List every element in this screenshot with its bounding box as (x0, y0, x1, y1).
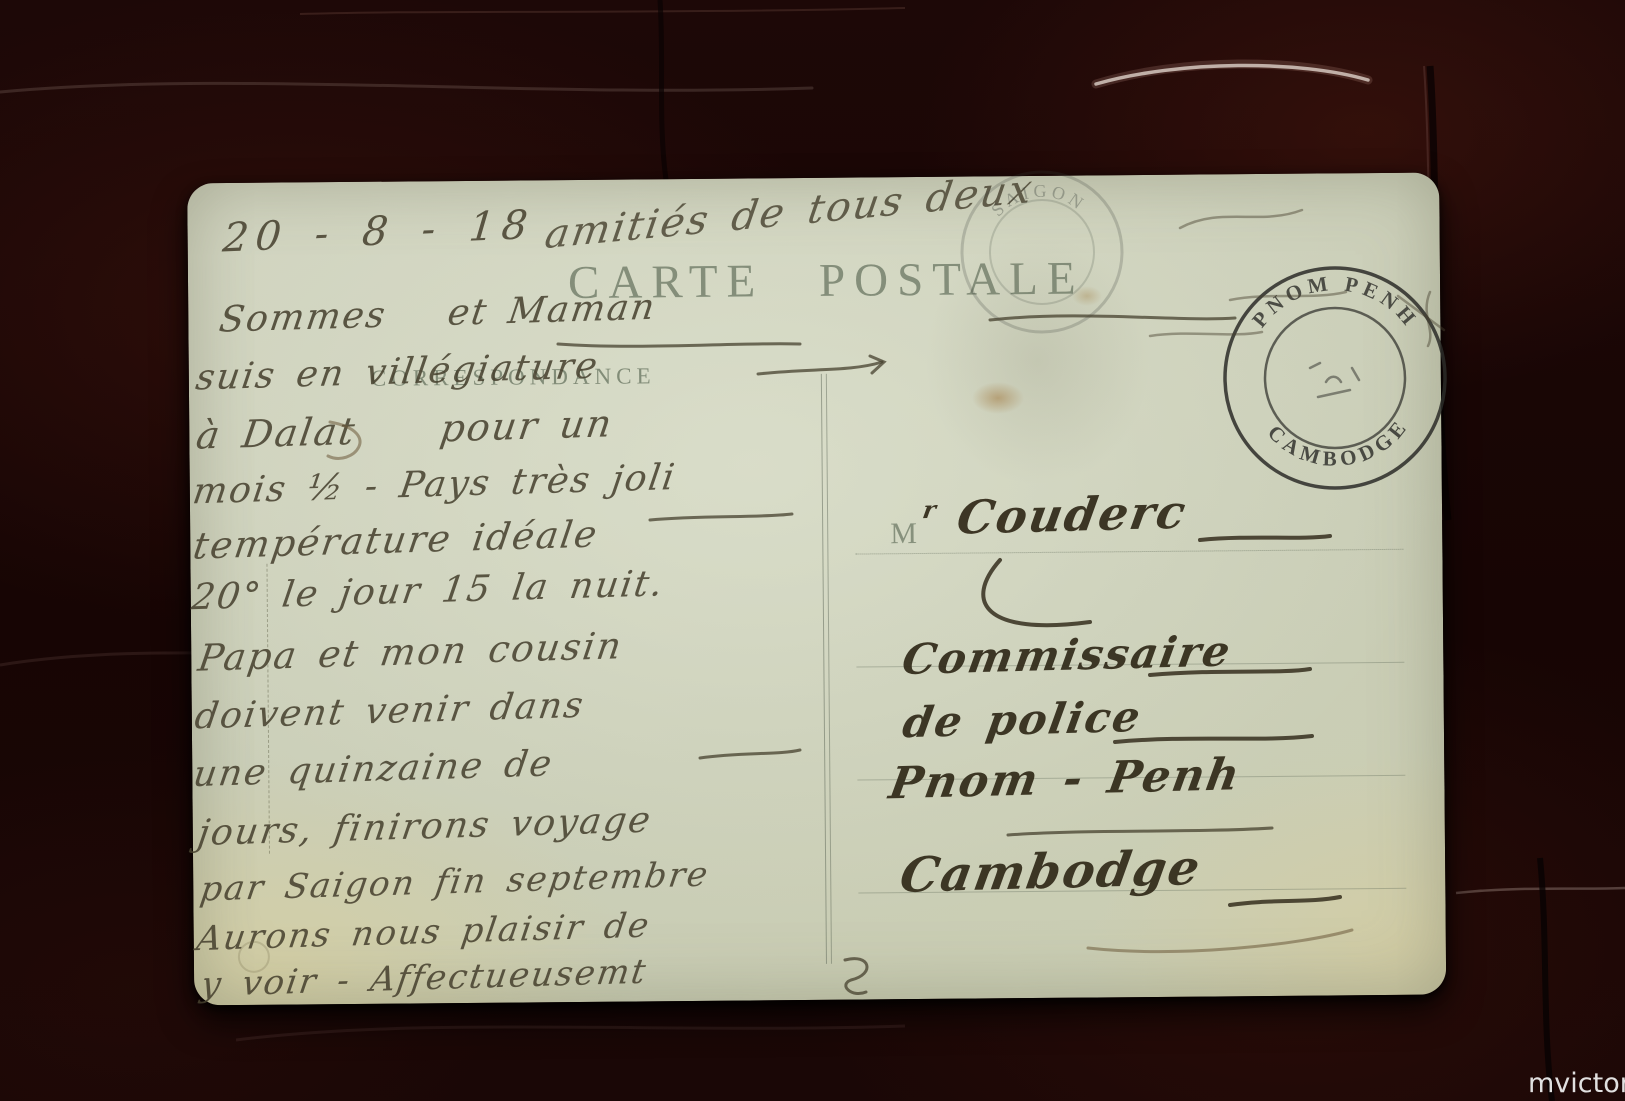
embossed-stamp (238, 941, 270, 973)
message-line: 20° le jour 15 la nuit. (189, 563, 667, 618)
address-line: Commissaire (899, 626, 1236, 684)
message-line: mois ½ - Pays très joli (190, 457, 679, 512)
message-line: à Dalat pour un (193, 401, 616, 457)
message-line: par Saigon fin septembre (198, 855, 713, 910)
message-line: Sommes et Maman (217, 287, 659, 341)
message-line: suis en villégiature (193, 346, 602, 399)
annotation: amitiés de tous deux (542, 166, 1037, 258)
message-line: jours, finirons voyage (195, 800, 655, 854)
address-line: Cambodge (896, 840, 1206, 904)
watermark: mvictoria2 (1528, 1068, 1625, 1099)
address-line: Couderc (953, 485, 1191, 545)
message-line: une quinzaine de (191, 743, 556, 795)
address-rule-line (855, 549, 1403, 555)
photo-background: CARTE POSTALE CORRESPONDANCE M 20 - 8 - … (0, 0, 1625, 1101)
address-superscript: r (921, 495, 941, 524)
printed-m: M (890, 517, 917, 551)
message-line: température idéale (190, 513, 601, 568)
message-line: Papa et mon cousin (195, 624, 625, 680)
postcard: CARTE POSTALE CORRESPONDANCE M 20 - 8 - … (187, 172, 1446, 1005)
handwritten-date: 20 - 8 - 18 (221, 202, 537, 262)
address-line: de police (899, 692, 1145, 747)
message-line: doivent venir dans (192, 685, 587, 738)
divider-line (821, 374, 832, 964)
address-line: Pnom - Penh (886, 749, 1245, 809)
